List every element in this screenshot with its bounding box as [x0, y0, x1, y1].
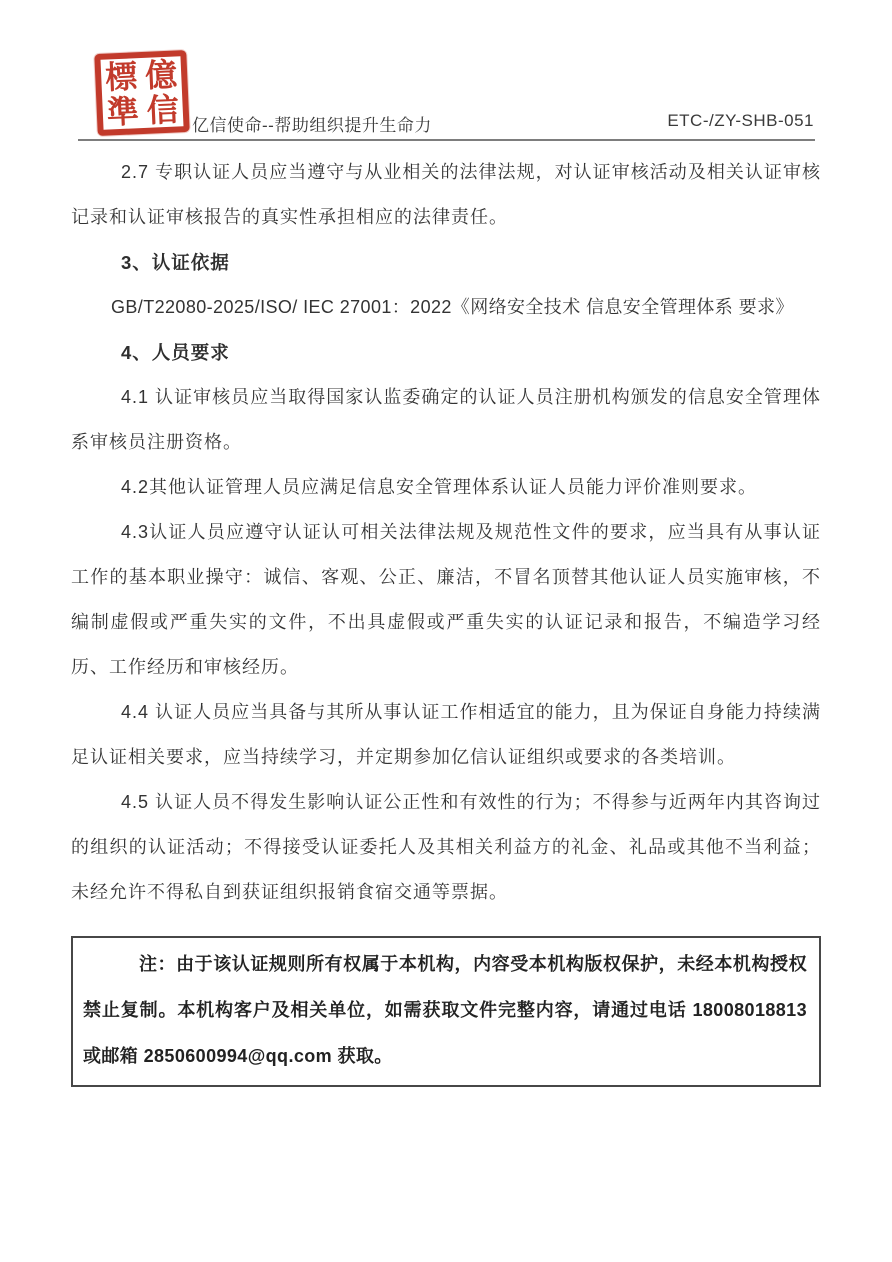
paragraph-4-4: 4.4 认证人员应当具备与其所从事认证工作相适宜的能力，且为保证自身能力持续满足… — [71, 690, 821, 780]
document-body: 2.7 专职认证人员应当遵守与从业相关的法律法规，对认证审核活动及相关认证审核记… — [71, 150, 821, 1087]
company-seal-logo: 標 億 準 信 — [94, 50, 189, 136]
seal-char-zhun: 準 — [102, 93, 143, 130]
seal-char-xin: 信 — [142, 91, 183, 128]
copyright-note-text: 注：由于该认证规则所有权属于本机构，内容受本机构版权保护，未经本机构授权禁止复制… — [83, 941, 807, 1079]
paragraph-4-5: 4.5 认证人员不得发生影响认证公正性和有效性的行为；不得参与近两年内其咨询过的… — [71, 780, 821, 915]
standard-reference: GB/T22080-2025/ISO/ IEC 27001：2022《网络安全技… — [71, 285, 821, 330]
paragraph-2-7: 2.7 专职认证人员应当遵守与从业相关的法律法规，对认证审核活动及相关认证审核记… — [71, 150, 821, 240]
paragraph-4-3: 4.3认证人员应遵守认证认可相关法律法规及规范性文件的要求，应当具有从事认证工作… — [71, 510, 821, 690]
document-page: 標 億 準 信 亿信使命--帮助组织提升生命力 ETC-/ZY-SHB-051 … — [0, 0, 892, 1262]
copyright-note-box: 注：由于该认证规则所有权属于本机构，内容受本机构版权保护，未经本机构授权禁止复制… — [71, 936, 821, 1087]
header-motto: 亿信使命--帮助组织提升生命力 — [192, 111, 432, 136]
seal-char-yi: 億 — [140, 56, 181, 93]
seal-char-biao: 標 — [101, 58, 142, 95]
section-heading-3: 3、认证依据 — [71, 240, 821, 285]
document-code: ETC-/ZY-SHB-051 — [667, 111, 814, 131]
section-heading-4: 4、人员要求 — [71, 330, 821, 375]
header-divider — [78, 139, 815, 141]
paragraph-4-2: 4.2其他认证管理人员应满足信息安全管理体系认证人员能力评价准则要求。 — [71, 465, 821, 510]
paragraph-4-1: 4.1 认证审核员应当取得国家认监委确定的认证人员注册机构颁发的信息安全管理体系… — [71, 375, 821, 465]
